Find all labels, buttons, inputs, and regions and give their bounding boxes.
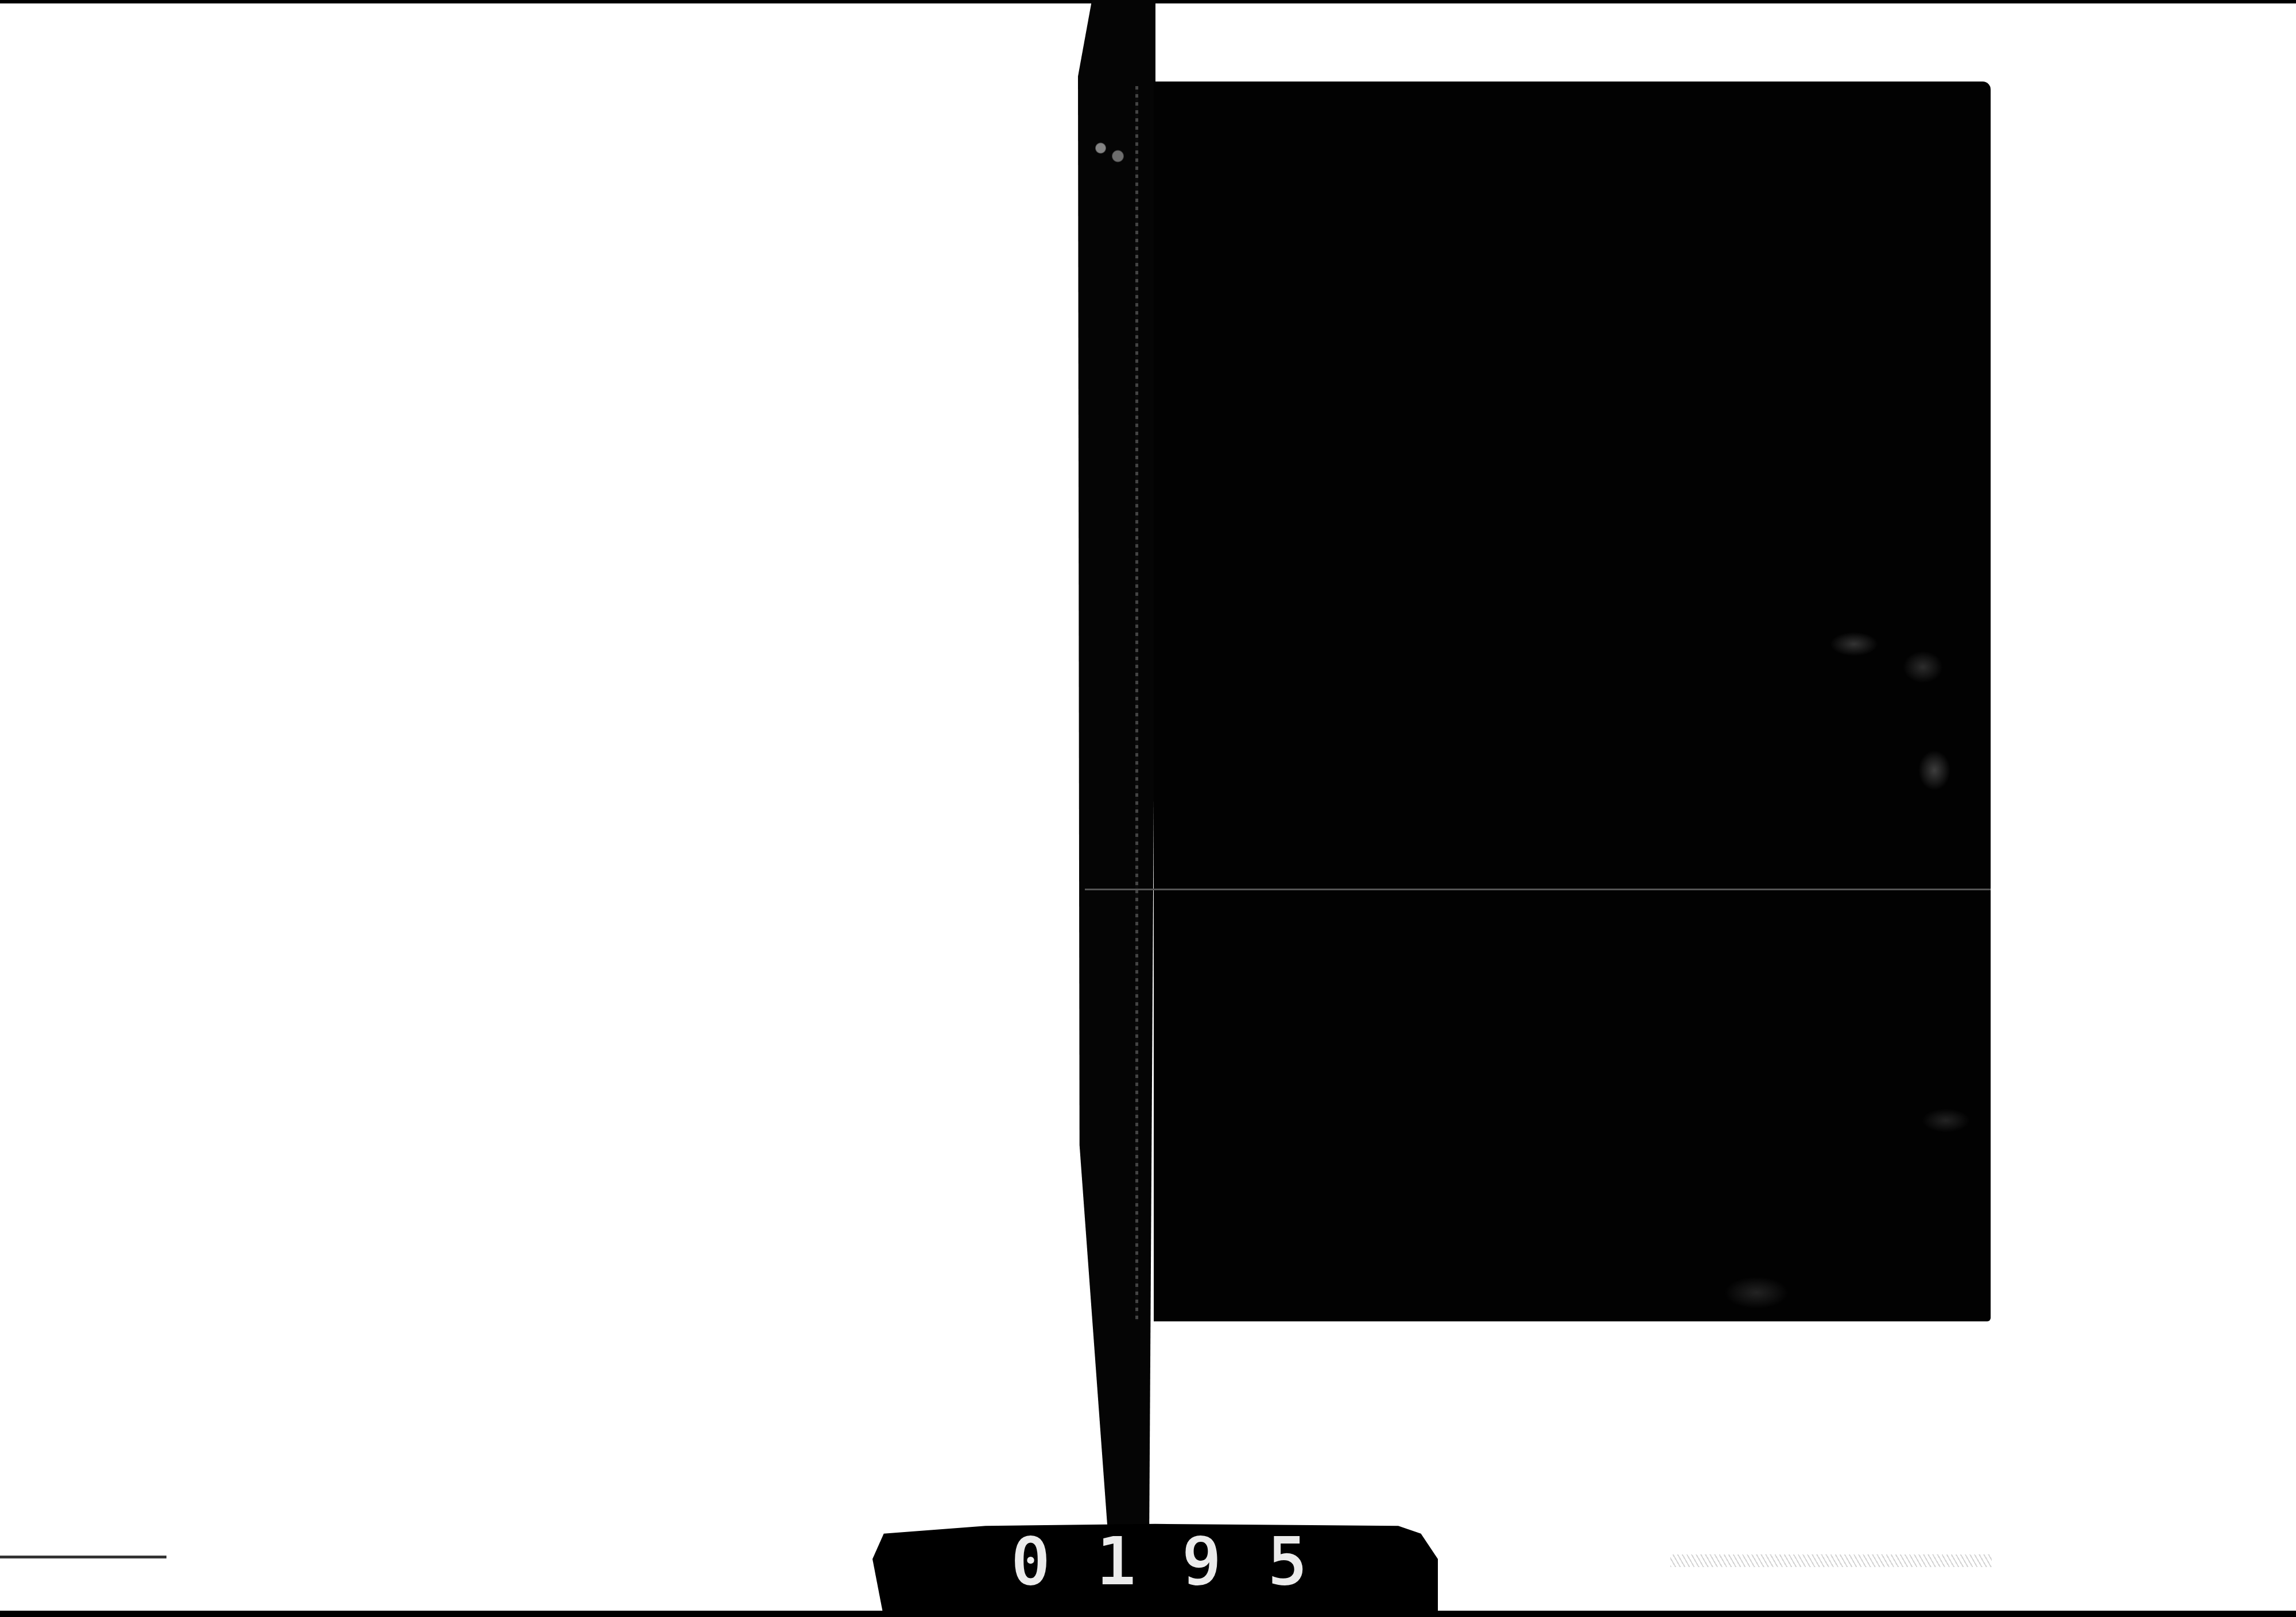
spine-stitching xyxy=(1135,86,1138,1320)
book-spine xyxy=(1078,0,1155,1527)
film-noise xyxy=(1670,1554,1992,1567)
film-bottom-border xyxy=(0,1611,2296,1617)
cover-wear-texture xyxy=(1154,82,1991,1321)
cover-fold-line xyxy=(1085,889,1991,890)
spine-ornament-icon xyxy=(1088,132,1131,172)
film-scratch xyxy=(0,1556,166,1558)
book-cover xyxy=(1154,82,1991,1321)
frame-counter: 0195 xyxy=(1010,1527,1332,1596)
